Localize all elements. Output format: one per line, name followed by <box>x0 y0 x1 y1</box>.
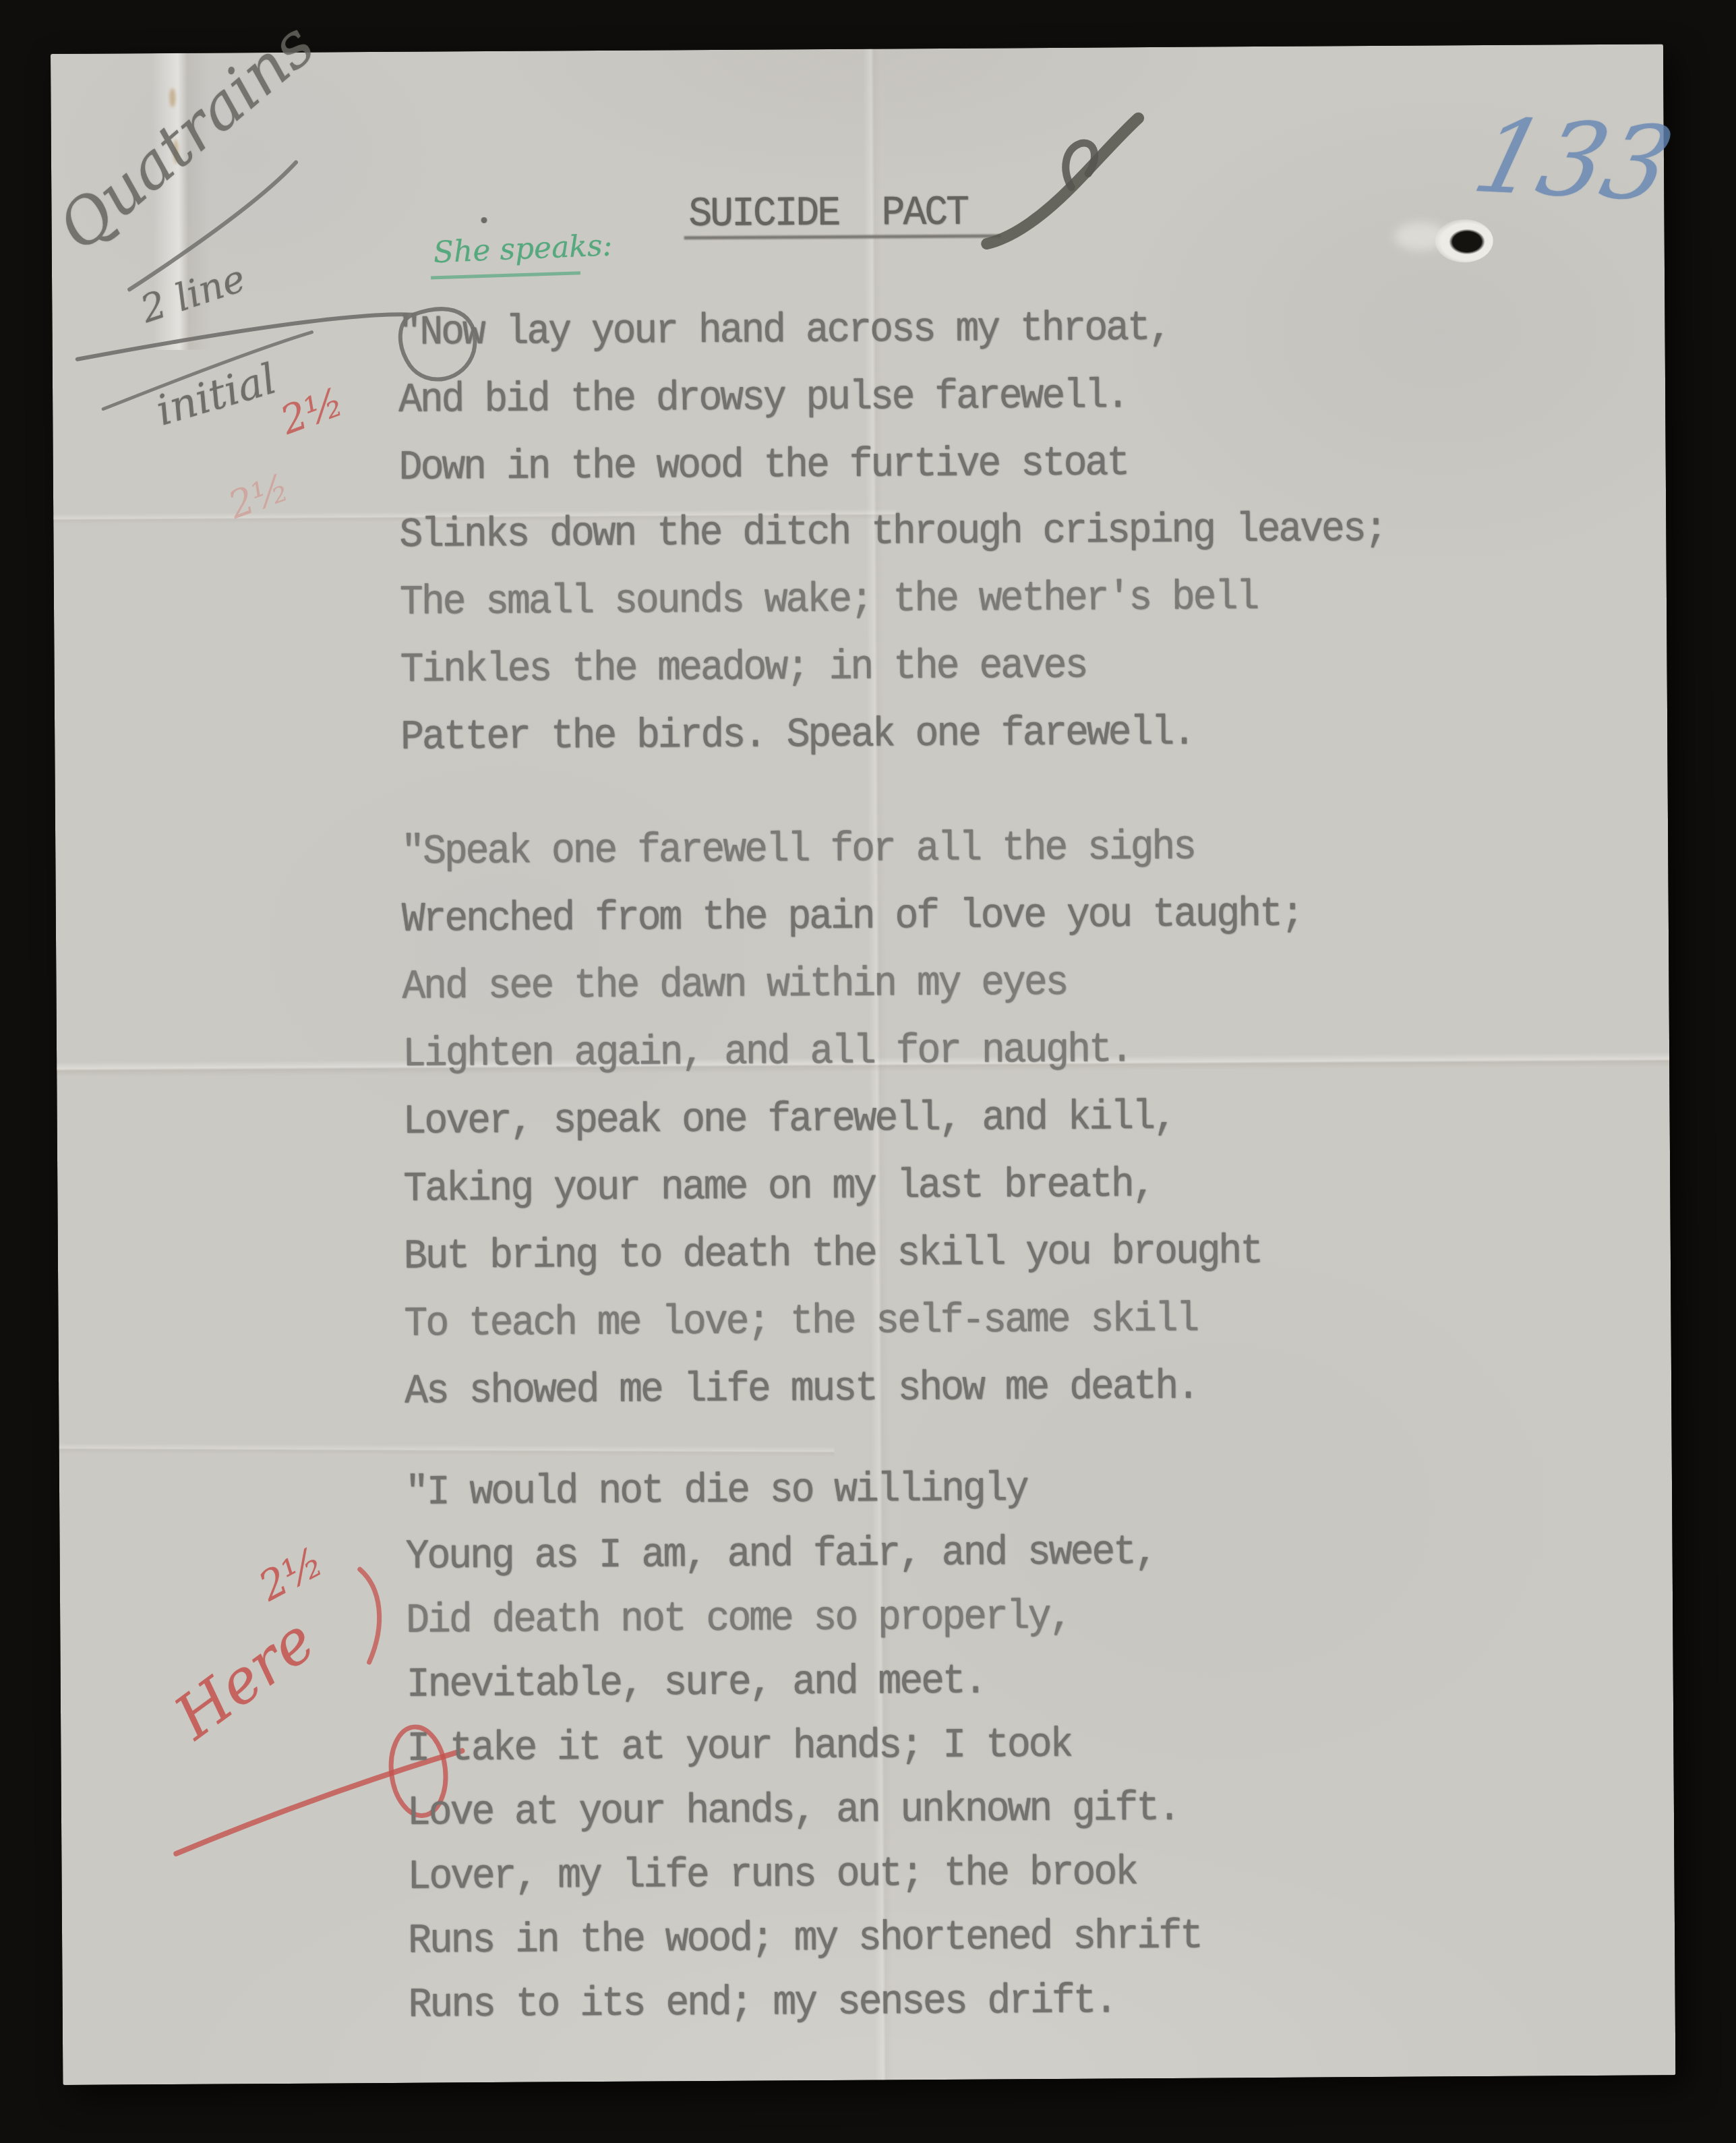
poem-line: The small sounds wake; the wether's bell <box>400 575 1258 626</box>
poem-line: Lighten again, and all for naught. <box>402 1027 1132 1078</box>
poem-line: "Speak one farewell for all the sighs <box>401 825 1195 876</box>
poem-line: But bring to death the skill you brought <box>404 1229 1262 1281</box>
poem-line: Lover, speak one farewell, and kill, <box>402 1094 1174 1146</box>
poem-line: "Now lay your hand across my throat, <box>398 305 1170 357</box>
poem-line: Slinks down the ditch through crisping l… <box>399 506 1385 559</box>
poem-line: Lover, my life runs out; the brook <box>407 1850 1137 1901</box>
pencil-circle-annotation <box>65 281 512 459</box>
poem-title: SUICIDE PACT <box>688 190 967 238</box>
poem-line: Love at your hands, an unknown gift. <box>407 1786 1179 1837</box>
poem-line: As showed me life must show me death. <box>405 1364 1198 1415</box>
poem-line: Patter the birds. Speak one farewell. <box>400 710 1194 761</box>
poem-line: Young as I am, and fair, and sweet, <box>405 1529 1156 1581</box>
poem-line: To teach me love; the self-same skill <box>404 1297 1197 1348</box>
poem-line: And bid the drowsy pulse farewell. <box>398 373 1128 424</box>
poem-line: "I would not die so willingly <box>405 1466 1027 1517</box>
page-number: 133 <box>1463 98 1684 224</box>
scan-background: { "document": { "page_number": "133", "t… <box>0 0 1736 2143</box>
poem-line: Wrenched from the pain of love you taugh… <box>402 891 1303 943</box>
poem-line: Runs in the wood; my shortened shrift <box>408 1914 1201 1965</box>
poem-line: Taking your name on my last breath, <box>403 1162 1154 1213</box>
poem-line: I take it at your hands; I took <box>407 1722 1071 1773</box>
speaker-note: She speaks: <box>433 228 613 270</box>
poem-line: Did death not come so properly, <box>406 1594 1071 1645</box>
poem-line: Down in the wood the furtive stoat <box>399 440 1129 492</box>
speaker-note-underline <box>431 271 580 279</box>
poem-line: And see the dawn within my eyes <box>402 960 1067 1011</box>
poem-line: Inevitable, sure, and meet. <box>407 1659 986 1709</box>
manuscript-page: 133 SUICIDE PACT She speaks: Quatrains 2… <box>51 44 1675 2085</box>
stray-typed-period <box>481 217 487 223</box>
poem-line: Runs to its end; my senses drift. <box>408 1978 1116 2028</box>
fold-line-lower <box>59 1443 835 1457</box>
punch-hole <box>1435 219 1493 263</box>
pencil-tick-mark <box>982 111 1151 254</box>
poem-line: Tinkles the meadow; in the eaves <box>400 643 1086 694</box>
